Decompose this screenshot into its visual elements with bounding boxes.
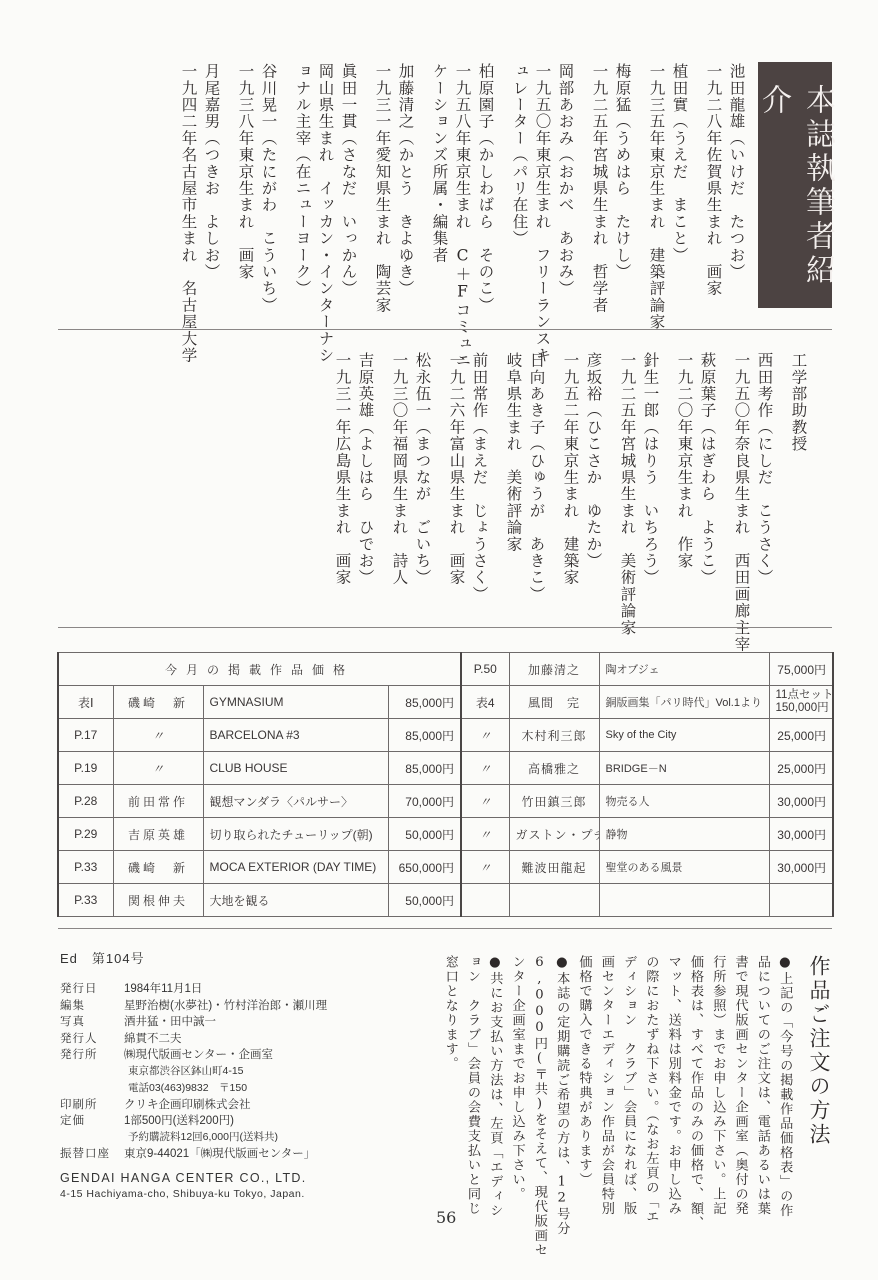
title-cell [599,884,769,917]
contributor-name: 谷川晃一（たにがわ こういち） [260,63,276,314]
page-cell: P.29 [58,818,113,851]
contributor-name: 岡部あおみ（おかべ あおみ） [557,63,573,297]
colophon-row: 写真酒井猛・田中誠一 [60,1013,327,1030]
order-method-line: 書で現代版画センター企画室（奥付の発 [733,955,746,1216]
table-row: P.29吉原英雄切り取られたチューリップ(朝)50,000円〃ガストン・プチ静物… [58,818,833,851]
contributor-detail: 一九三五年東京生まれ 建築評論家 [648,63,664,330]
contributor-detail: 一九四二年名古屋市生まれ 名古屋大学 [180,63,196,364]
artist-cell: 難波田龍起 [509,851,599,884]
order-method-line: マット、送料は別料金です。お申し込み [667,955,680,1216]
contributor-detail: 一九三八年東京生まれ 画家 [237,63,253,280]
order-method-line: 価格で購入できる特典があります） [577,955,590,1187]
contributor-name: 柏原園子（かしわばら そのこ） [477,63,493,314]
colophon-value: 東京都渋谷区鉢山町4-15 [124,1063,244,1078]
page-cell: 表Ⅰ [58,686,113,719]
title-cell: Sky of the City [599,719,769,752]
colophon-row: 発行日1984年11月1日 [60,980,327,997]
contributor-detail: 一九二六年富山県生まれ 画家 [448,352,464,586]
section-title: 本誌執筆者紹介 [758,62,832,308]
price-cell: 30,000円 [769,851,833,884]
order-method-line: ●共にお支払い方法は、左頁「エディシ [488,955,501,1218]
price-cell: 75,000円 [769,653,833,686]
artist-cell: 風間 完 [509,686,599,719]
colophon-row: 発行所㈱現代版画センター・企画室 [60,1046,327,1063]
contributor-name: 池田龍雄（いけだ たつお） [728,63,744,280]
contributor-detail: ュレーター（パリ在住） [511,63,527,247]
contributor-detail: 一九二五年宮城県生まれ 美術評論家 [619,352,635,636]
table-header: 今月の掲載作品価格 [58,653,461,686]
order-method-line: ●上記の「今号の掲載作品価格表」の作 [778,955,791,1218]
colophon-row: 発行人綿貫不二夫 [60,1030,327,1047]
order-method-line: 価格表は、すべて作品のみの価格で、額、 [689,955,702,1231]
contributor-name: 針生一郎（はりう いちろう） [642,352,658,586]
contributor-name: 加藤清之（かとう きよゆき） [397,63,413,297]
colophon-row: 編集星野治樹(水夢社)・竹村洋治郎・瀬川理 [60,997,327,1014]
price-cell: 85,000円 [388,686,461,719]
price-cell: 650,000円 [388,851,461,884]
divider-bottom [58,928,832,929]
contributor-detail: 一九五八年東京生まれ C＋Fコミュニ [454,63,470,369]
title-cell: 静物 [599,818,769,851]
contributor-detail: 岡山県生まれ イッカン・インターナシ [317,63,333,364]
colophon-key: 発行日 [60,980,124,996]
artist-cell: 吉原英雄 [113,818,203,851]
page-cell: 〃 [461,818,509,851]
colophon-row: 印刷所クリキ企画印刷株式会社 [60,1096,327,1113]
price-cell: 70,000円 [388,785,461,818]
contributor-name: 日向あき子（ひゅうが あきこ） [528,352,544,603]
contributor-detail: 一九三一年愛知県生まれ 陶芸家 [374,63,390,314]
contributor-detail: 一九五二年東京生まれ 建築家 [562,352,578,586]
contributor-name: 前田常作（まえだ じょうさく） [471,352,487,603]
set-price: 11点セット150,000円 [776,689,827,715]
contributor-detail: ョナル主宰（在ニューヨーク） [294,63,310,297]
contributor-detail: 一九五〇年奈良県生まれ 西田画廊主宰 [733,352,749,653]
colophon-row: 東京都渋谷区鉢山町4-15 [60,1063,327,1080]
colophon-key: 写真 [60,1013,124,1029]
price-cell: 50,000円 [388,818,461,851]
colophon-key: 定価 [60,1112,124,1128]
contributor-detail: 一九三一年広島県生まれ 画家 [334,352,350,586]
artist-cell: 竹田鎮三郎 [509,785,599,818]
title-cell: 観想マンダラ〈パルサー〉 [203,785,388,818]
contributor-detail: 工学部助教授 [790,352,806,452]
price-table: 今月の掲載作品価格P.50加藤清之陶オブジェ75,000円表Ⅰ磯崎 新GYMNA… [57,652,834,917]
artist-cell: 〃 [113,719,203,752]
colophon-key: 振替口座 [60,1145,124,1161]
contributor-name: 萩原葉子（はぎわら ようこ） [699,352,715,586]
colophon-key: 発行所 [60,1046,124,1062]
contributor-detail: 一九二五年宮城県生まれ 哲学者 [591,63,607,314]
table-row: P.33関根伸夫大地を観る50,000円 [58,884,833,917]
price-cell: 30,000円 [769,785,833,818]
colophon-key: 編集 [60,997,124,1013]
colophon-key: 印刷所 [60,1096,124,1112]
price-cell: 11点セット150,000円 [769,686,833,719]
table-row: 表Ⅰ磯崎 新GYMNASIUM85,000円表4風間 完銅版画集「パリ時代」Vo… [58,686,833,719]
page-cell: P.17 [58,719,113,752]
set-label: 11点セット [776,689,827,702]
title-cell: MOCA EXTERIOR (DAY TIME) [203,851,388,884]
price-cell: 85,000円 [388,719,461,752]
contributor-detail: 一九二八年佐賀県生まれ 画家 [705,63,721,297]
artist-cell: 磯崎 新 [113,851,203,884]
colophon-value: 予約購読料12回6,000円(送料共) [124,1129,278,1144]
page-cell: P.19 [58,752,113,785]
order-method-line: の際におたずね下さい。（なお左頁の「エ [644,955,657,1224]
title-cell: BRIDGE－N [599,752,769,785]
set-amount: 150,000円 [776,702,827,715]
contributor-name: 西田考作（にしだ こうさく） [756,352,772,586]
price-cell: 30,000円 [769,818,833,851]
contributor-name: 彦坂裕（ひこさか ゆたか） [585,352,601,569]
colophon: Ed 第104号 発行日1984年11月1日編集星野治樹(水夢社)・竹村洋治郎・… [60,948,327,1162]
artist-cell [509,884,599,917]
company-info: GENDAI HANGA CENTER CO., LTD. 4-15 Hachi… [60,1171,307,1200]
colophon-key: 発行人 [60,1030,124,1046]
colophon-row: 電話03(463)9832 〒150 [60,1079,327,1096]
colophon-value: 1984年11月1日 [124,980,202,996]
page-cell: P.50 [461,653,509,686]
colophon-row: 予約購読料12回6,000円(送料共) [60,1129,327,1146]
page-cell: P.28 [58,785,113,818]
contributor-name: 吉原英雄（よしはら ひでお） [357,352,373,586]
contributor-name: 植田實（うえだ まこと） [671,63,687,263]
contributor-detail: 岐阜県生まれ 美術評論家 [505,352,521,552]
contributor-name: 眞田一貫（さなだ いっかん） [340,63,356,297]
artist-cell: 磯崎 新 [113,686,203,719]
order-method-line: 窓口となります。 [444,955,457,1071]
title-cell: 切り取られたチューリップ(朝) [203,818,388,851]
colophon-row: 定価1部500円(送料200円) [60,1112,327,1129]
price-cell: 25,000円 [769,752,833,785]
price-cell: 25,000円 [769,719,833,752]
order-method-line: 画センターエディション作品が会員特別 [600,955,613,1216]
contributor-name: 松永伍一（まつなが ごいち） [414,352,430,586]
page-number: 56 [436,1208,456,1227]
divider-top [58,329,832,330]
company-address: 4-15 Hachiyama-cho, Shibuya-ku Tokyo, Ja… [60,1188,307,1200]
title-cell: 物売る人 [599,785,769,818]
contributor-detail: 一九五〇年東京生まれ フリーランスキ [534,63,550,364]
colophon-value: 電話03(463)9832 〒150 [124,1080,247,1095]
colophon-row: 振替口座東京9-44021「㈱現代版画センター」 [60,1145,327,1162]
contributor-detail: 一九三〇年福岡県生まれ 詩人 [391,352,407,586]
colophon-value: 星野治樹(水夢社)・竹村洋治郎・瀬川理 [124,997,327,1013]
order-method-line: ンター企画室までお申し込み下さい。 [510,955,523,1202]
company-name: GENDAI HANGA CENTER CO., LTD. [60,1171,307,1185]
page-cell [461,884,509,917]
title-cell: 大地を観る [203,884,388,917]
order-method-line: ョン クラブ」会員の会費支払いと同じ [466,955,479,1216]
price-cell: 85,000円 [388,752,461,785]
artist-cell: 前田常作 [113,785,203,818]
colophon-value: 東京9-44021「㈱現代版画センター」 [124,1145,315,1161]
artist-cell: 関根伸夫 [113,884,203,917]
colophon-value: 酒井猛・田中誠一 [124,1013,216,1029]
order-method-line: 行所参照）までお申し込み下さい。上記 [711,955,724,1216]
contributor-detail: 一九二〇年東京生まれ 作家 [676,352,692,569]
page-cell: P.33 [58,884,113,917]
title-cell: 聖堂のある風景 [599,851,769,884]
divider-middle [58,627,832,628]
order-method-line: 品についてのご注文は、電話あるいは葉 [756,955,769,1216]
page-cell: 表4 [461,686,509,719]
title-cell: BARCELONA #3 [203,719,388,752]
order-method-title: 作品ご注文の方法 [804,955,834,1147]
price-cell: 50,000円 [388,884,461,917]
title-cell: 銅版画集「パリ時代」Vol.1より「路地」 [599,686,769,719]
order-method-line: ディション クラブ」会員になれば、版 [622,955,635,1216]
page-cell: P.33 [58,851,113,884]
colophon-value: 綿貫不二夫 [124,1030,182,1046]
table-row: P.19〃CLUB HOUSE85,000円〃高橋雅之BRIDGE－N25,00… [58,752,833,785]
table-row: P.17〃BARCELONA #385,000円〃木村利三郎Sky of the… [58,719,833,752]
title-cell: 陶オブジェ [599,653,769,686]
page-cell: 〃 [461,785,509,818]
page-cell: 〃 [461,752,509,785]
artist-cell: 〃 [113,752,203,785]
contributor-detail: ケーションズ所属・編集者 [431,63,447,263]
contributor-name: 月尾嘉男（つきお よしお） [203,63,219,280]
page-cell: 〃 [461,719,509,752]
artist-cell: 木村利三郎 [509,719,599,752]
title-cell: GYMNASIUM [203,686,388,719]
contributor-name: 梅原猛（うめはら たけし） [614,63,630,280]
artist-cell: 加藤清之 [509,653,599,686]
issue-number: Ed 第104号 [60,948,327,967]
table-row: P.28前田常作観想マンダラ〈パルサー〉70,000円〃竹田鎮三郎物売る人30,… [58,785,833,818]
page-cell: 〃 [461,851,509,884]
table-row: P.33磯崎 新MOCA EXTERIOR (DAY TIME)650,000円… [58,851,833,884]
artist-cell: 高橋雅之 [509,752,599,785]
colophon-value: クリキ企画印刷株式会社 [124,1096,251,1112]
table-header-row: 今月の掲載作品価格P.50加藤清之陶オブジェ75,000円 [58,653,833,686]
colophon-value: 1部500円(送料200円) [124,1112,234,1128]
order-method-line: ●本誌の定期購読ご希望の方は、12号分 [555,955,568,1236]
title-cell: CLUB HOUSE [203,752,388,785]
order-method-line: 6,000円(〒共)をそえて、現代版画セ [533,955,546,1258]
artist-cell: ガストン・プチ [509,818,599,851]
colophon-value: ㈱現代版画センター・企画室 [124,1046,273,1062]
price-cell [769,884,833,917]
